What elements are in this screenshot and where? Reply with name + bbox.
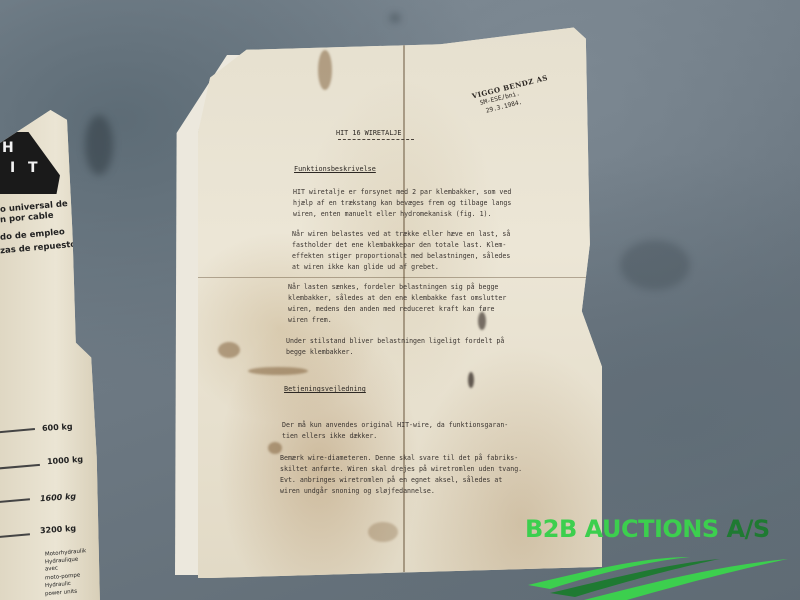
document-title: HIT 16 WIRETALJE	[336, 129, 401, 137]
stain	[478, 312, 486, 330]
brochure-text: zas de repuesto	[0, 240, 77, 257]
text-line: Bemærk wire-diameteren. Denne skal svare…	[280, 453, 518, 464]
brochure-small-text: power units	[45, 589, 78, 599]
text-line: HIT wiretalje er forsynet med 2 par klem…	[293, 187, 511, 198]
weight-label: 3200 kg	[40, 524, 77, 535]
text-line: wiren frem.	[288, 315, 332, 326]
floor-stain	[390, 14, 400, 22]
text-line: Når wiren belastes ved at trække eller h…	[292, 229, 510, 240]
rope-illustration	[0, 498, 30, 503]
title-underline	[338, 139, 414, 140]
text-line: wiren, enten manuelt eller hydromekanisk…	[293, 209, 492, 220]
text-line: fastholder det ene klembakkepar den tota…	[292, 240, 506, 251]
rope-illustration	[0, 533, 30, 538]
stain	[248, 367, 308, 375]
text-line: Evt. anbringes wiretromlen på en egnet a…	[280, 475, 502, 486]
text-line: klembakker, således at den ene klembakke…	[288, 293, 506, 304]
stain	[368, 522, 398, 542]
logo-letter: H	[2, 140, 14, 156]
watermark-main: B2B AUCTIONS	[525, 515, 727, 543]
text-line: Der må kun anvendes original HIT-wire, d…	[282, 420, 508, 431]
brochure-small-text: avec	[45, 565, 59, 573]
stain	[318, 50, 332, 90]
text-line: skiltet anførte. Wiren skal drejes på wi…	[280, 464, 522, 475]
b2b-auctions-watermark: B2B AUCTIONS A/S	[520, 515, 795, 595]
text-line: wiren undgår snoning og sløjfedannelse.	[280, 486, 435, 497]
watermark-text: B2B AUCTIONS A/S	[525, 515, 770, 543]
weight-label: 600 kg	[42, 422, 73, 433]
text-line: wiren, medens den anden med reduceret kr…	[288, 304, 494, 315]
text-line: begge klembakker.	[286, 347, 354, 358]
fold-crease	[198, 277, 602, 278]
text-line: Når lasten sænkes, fordeler belastningen…	[288, 282, 498, 293]
rope-illustration	[0, 464, 40, 470]
logo-letter: T	[28, 160, 38, 176]
text-line: tien ellers ikke dækker.	[282, 431, 377, 442]
swoosh-icon	[520, 543, 795, 600]
brochure-small-text: Hydraulique	[45, 557, 79, 567]
watermark-suffix: A/S	[727, 515, 770, 543]
logo-letter: I	[10, 160, 15, 176]
rope-illustration	[0, 428, 35, 434]
hit-logo: H I T	[0, 132, 60, 194]
weight-label: 1000 kg	[47, 455, 84, 466]
floor-stain	[85, 115, 113, 175]
letterhead: VIGGO BENDZ AS SM-ESE/bni. 29.3.1984.	[471, 73, 553, 118]
stain	[218, 342, 240, 358]
text-line: Under stilstand bliver belastningen lige…	[286, 336, 504, 347]
floor-stain	[620, 240, 690, 290]
weight-label: 1600 kg	[40, 492, 77, 503]
stain	[468, 372, 474, 388]
text-line: hjælp af en trækstang kan bevæges frem o…	[293, 198, 511, 209]
wire-hoist-instruction-sheet: VIGGO BENDZ AS SM-ESE/bni. 29.3.1984. HI…	[198, 22, 602, 578]
hit-brochure: H I T o universal de n por cable do de e…	[0, 110, 100, 600]
section-heading: Betjeningsvejledning	[284, 385, 366, 393]
text-line: effekten stiger proportionalt med belast…	[292, 251, 510, 262]
section-heading: Funktionsbeskrivelse	[294, 165, 376, 173]
text-line: at wiren ikke kan glide ud af grebet.	[292, 262, 439, 273]
